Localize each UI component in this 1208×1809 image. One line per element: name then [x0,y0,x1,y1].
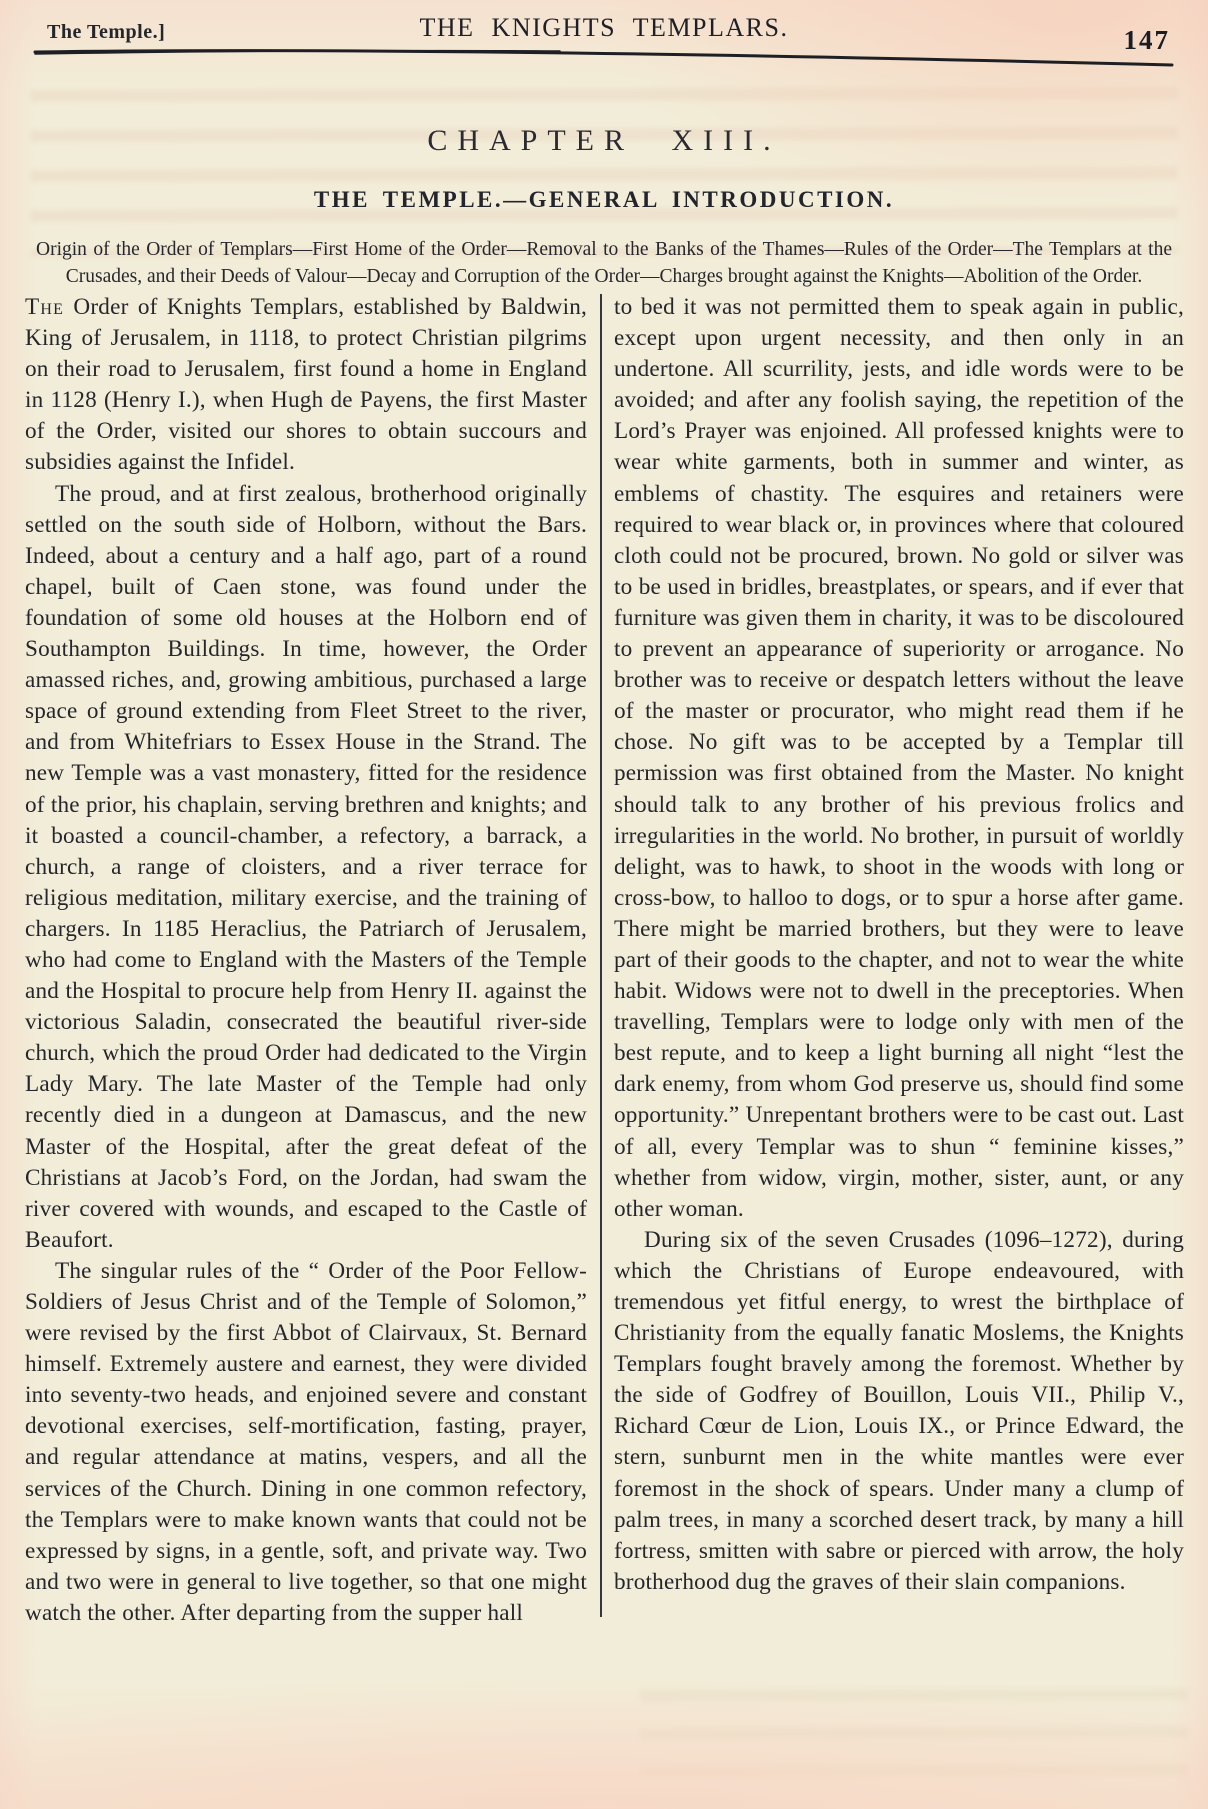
paragraph: The Order of Knights Templars, establish… [25,292,587,479]
chapter-subtitle: THE TEMPLE.—GENERAL INTRODUCTION. [0,187,1208,213]
column-divider-rule [600,294,602,1617]
chapter-synopsis: Origin of the Order of Templars—First Ho… [36,236,1172,290]
right-column: to bed it was not permitted them to spea… [614,292,1184,1629]
left-column: The Order of Knights Templars, establish… [25,292,587,1629]
lead-word: The [25,294,64,320]
bleed-through-texture [30,86,1178,257]
paragraph: The proud, and at first zealous, brother… [25,479,587,1256]
chapter-heading: CHAPTER XIII. [0,124,1208,158]
paragraph: During six of the seven Crusades (1096–1… [614,1225,1184,1598]
header-rule [0,0,1208,80]
text-columns: The Order of Knights Templars, establish… [25,292,1186,1629]
book-page: { "page": { "running_head_left": "The Te… [0,0,1208,1809]
paragraph: to bed it was not permitted them to spea… [614,292,1184,1225]
page-number: 147 [1124,25,1171,56]
bleed-through-texture-bottom [640,1688,1188,1779]
paragraph: The singular rules of the “ Order of the… [25,1256,587,1629]
